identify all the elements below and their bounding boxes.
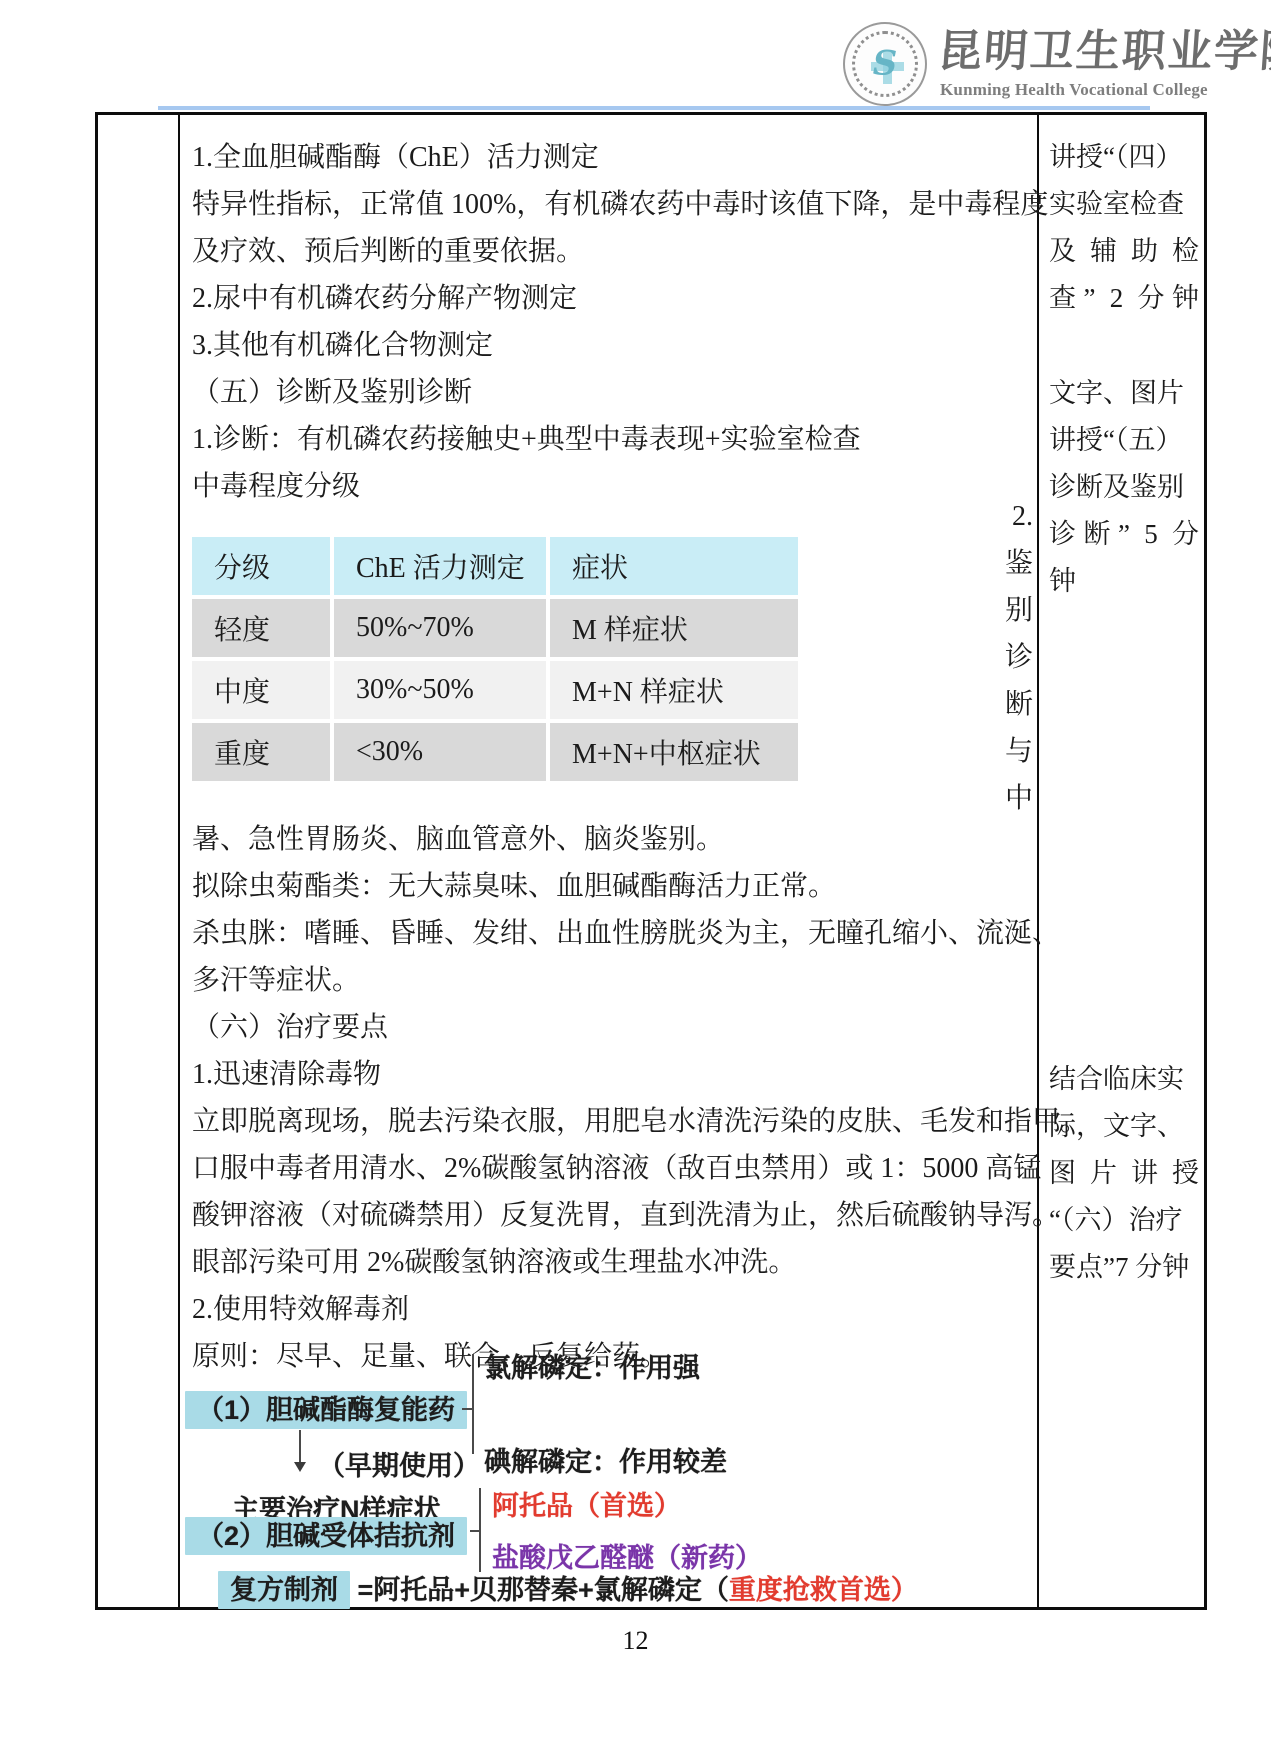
wrapped-text-column: 2.鉴别诊断与中 — [975, 493, 1033, 822]
notes-block-treatment: 结合临床实际，文字、图片讲授“（六）治疗要点”7 分钟 — [1049, 1056, 1199, 1291]
table-row-0: 轻度50%~70%M 样症状 — [192, 599, 798, 657]
note-line-0: 讲授“（四） — [1049, 134, 1199, 181]
wrap-char-1: 鉴 — [975, 540, 1033, 587]
text-line-4: 3.其他有机磷化合物测定 — [192, 322, 1040, 369]
diagram-item3-formula: =阿托品+贝那替秦+氯解磷定（ — [358, 1575, 729, 1605]
text-line-7: 口服中毒者用清水、2%碳酸氢钠溶液（敌百虫禁用）或 1：5000 高锰 — [192, 1145, 1040, 1192]
left-column-divider — [178, 112, 180, 1610]
diagram-arrow-head — [294, 1462, 306, 1472]
poisoning-grade-table: 分级ChE 活力测定症状 轻度50%~70%M 样症状中度30%~50%M+N … — [188, 533, 802, 785]
diagram-item3-box: 复方制剂 =阿托品+贝那替秦+氯解磷定（重度抢救首选） — [218, 1568, 918, 1607]
note-line-0: 结合临床实 — [1049, 1056, 1199, 1103]
college-name-english: Kunming Health Vocational College — [940, 80, 1240, 100]
text-line-5: （五）诊断及鉴别诊断 — [192, 369, 1040, 416]
note-line-3: 查” 2 分钟 — [1049, 275, 1199, 322]
table-cell-0-0: 轻度 — [192, 599, 330, 657]
college-seal-icon: S — [843, 22, 927, 106]
diagram-option-atropine: 阿托品（首选） — [492, 1484, 681, 1523]
table-cell-2-2: M+N+中枢症状 — [550, 723, 798, 781]
text-line-2: 杀虫脒：嗜睡、昏睡、发绀、出血性膀胱炎为主，无瞳孔缩小、流涎、 — [192, 910, 1040, 957]
table-row-2: 重度<30%M+N+中枢症状 — [192, 723, 798, 781]
diagram-item2-label: （2）胆碱受体拮抗剂 — [185, 1517, 467, 1555]
note-line-4: 钟 — [1049, 558, 1199, 605]
main-text-bottom: 暑、急性胃肠炎、脑血管意外、脑炎鉴别。拟除虫菊酯类：无大蒜臭味、血胆碱酯酶活力正… — [192, 816, 1040, 1380]
wrap-char-3: 诊 — [975, 634, 1033, 681]
diagram-item1-box: （1）胆碱酯酶复能药 — [185, 1388, 467, 1427]
diagram-item3-label: 复方制剂 — [218, 1571, 350, 1609]
text-line-0: 1.全血胆碱酯酶（ChE）活力测定 — [192, 134, 1040, 181]
table-cell-1-1: 30%~50% — [334, 661, 546, 719]
header-divider-rule — [158, 106, 1150, 110]
main-text-top: 1.全血胆碱酯酶（ChE）活力测定特异性指标，正常值 100%，有机磷农药中毒时… — [192, 134, 1040, 510]
diagram-bracket-line — [479, 1488, 481, 1572]
note-line-3: 诊断” 5 分 — [1049, 511, 1199, 558]
text-line-3: 2.尿中有机磷农药分解产物测定 — [192, 275, 1040, 322]
note-line-4: 要点”7 分钟 — [1049, 1244, 1199, 1291]
text-line-8: 酸钾溶液（对硫磷禁用）反复洗胃，直到洗清为止，然后硫酸钠导泻。 — [192, 1192, 1040, 1239]
note-line-2: 图片讲授 — [1049, 1150, 1199, 1197]
table-cell-2-0: 重度 — [192, 723, 330, 781]
note-line-1: 讲授“（五） — [1049, 417, 1199, 464]
text-line-3: 多汗等症状。 — [192, 957, 1040, 1004]
text-line-6: 1.诊断：有机磷农药接触史+典型中毒表现+实验室检查 — [192, 416, 1040, 463]
diagram-item1-note: （早期使用） — [318, 1444, 480, 1483]
table-header-cell-2: 症状 — [550, 537, 798, 595]
diagram-item2-box: （2）胆碱受体拮抗剂 — [185, 1514, 467, 1553]
note-line-3: “（六）治疗 — [1049, 1197, 1199, 1244]
table-cell-1-0: 中度 — [192, 661, 330, 719]
diagram-item1-label: （1）胆碱酯酶复能药 — [185, 1391, 467, 1429]
text-line-1: 特异性指标，正常值 100%，有机磷农药中毒时该值下降，是中毒程度 — [192, 181, 1040, 228]
diagram-item3-highlight: 重度抢救首选） — [729, 1575, 918, 1605]
wrap-char-5: 与 — [975, 728, 1033, 775]
text-line-10: 2.使用特效解毒剂 — [192, 1286, 1040, 1333]
diagram-option-pralidoxime: 氯解磷定：作用强 — [484, 1346, 700, 1385]
table-cell-1-2: M+N 样症状 — [550, 661, 798, 719]
note-line-2: 及辅助检 — [1049, 228, 1199, 275]
wrap-char-2: 别 — [975, 587, 1033, 634]
diagram-bracket-stub — [470, 1530, 479, 1532]
college-name-calligraphy: 昆明卫生职业学院 — [936, 26, 1240, 78]
diagram-arrow-shaft — [299, 1430, 301, 1462]
seal-letter: S — [873, 46, 898, 80]
text-line-4: （六）治疗要点 — [192, 1004, 1040, 1051]
text-line-6: 立即脱离现场，脱去污染衣服，用肥皂水清洗污染的皮肤、毛发和指甲。 — [192, 1098, 1040, 1145]
text-line-9: 眼部污染可用 2%碳酸氢钠溶液或生理盐水冲洗。 — [192, 1239, 1040, 1286]
text-line-0: 暑、急性胃肠炎、脑血管意外、脑炎鉴别。 — [192, 816, 1040, 863]
notes-block-lab-exam: 讲授“（四）实验室检查及辅助检查” 2 分钟 — [1049, 134, 1199, 322]
page-number: 12 — [0, 1626, 1271, 1656]
text-line-7: 中毒程度分级 — [192, 463, 1040, 510]
text-line-5: 1.迅速清除毒物 — [192, 1051, 1040, 1098]
note-line-0: 文字、图片 — [1049, 370, 1199, 417]
diagram-bracket-stub — [462, 1408, 472, 1410]
table-cell-2-1: <30% — [334, 723, 546, 781]
diagram-option-obidoxime: 碘解磷定：作用较差 — [484, 1440, 727, 1479]
text-line-1: 拟除虫菊酯类：无大蒜臭味、血胆碱酯酶活力正常。 — [192, 863, 1040, 910]
diagram-bracket-line — [472, 1354, 474, 1454]
table-cell-0-1: 50%~70% — [334, 599, 546, 657]
table-cell-0-2: M 样症状 — [550, 599, 798, 657]
notes-block-diagnosis: 文字、图片讲授“（五）诊断及鉴别诊断” 5 分钟 — [1049, 370, 1199, 605]
text-line-2: 及疗效、预后判断的重要依据。 — [192, 228, 1040, 275]
note-line-1: 实验室检查 — [1049, 181, 1199, 228]
wrap-char-4: 断 — [975, 681, 1033, 728]
wrap-char-0: 2. — [975, 493, 1033, 540]
note-line-2: 诊断及鉴别 — [1049, 464, 1199, 511]
document-page: S 昆明卫生职业学院 Kunming Health Vocational Col… — [0, 0, 1271, 1763]
note-line-1: 际，文字、 — [1049, 1103, 1199, 1150]
table-header-cell-0: 分级 — [192, 537, 330, 595]
table-row-1: 中度30%~50%M+N 样症状 — [192, 661, 798, 719]
wrap-char-6: 中 — [975, 775, 1033, 822]
table-header-cell-1: ChE 活力测定 — [334, 537, 546, 595]
table-header-row: 分级ChE 活力测定症状 — [192, 537, 798, 595]
